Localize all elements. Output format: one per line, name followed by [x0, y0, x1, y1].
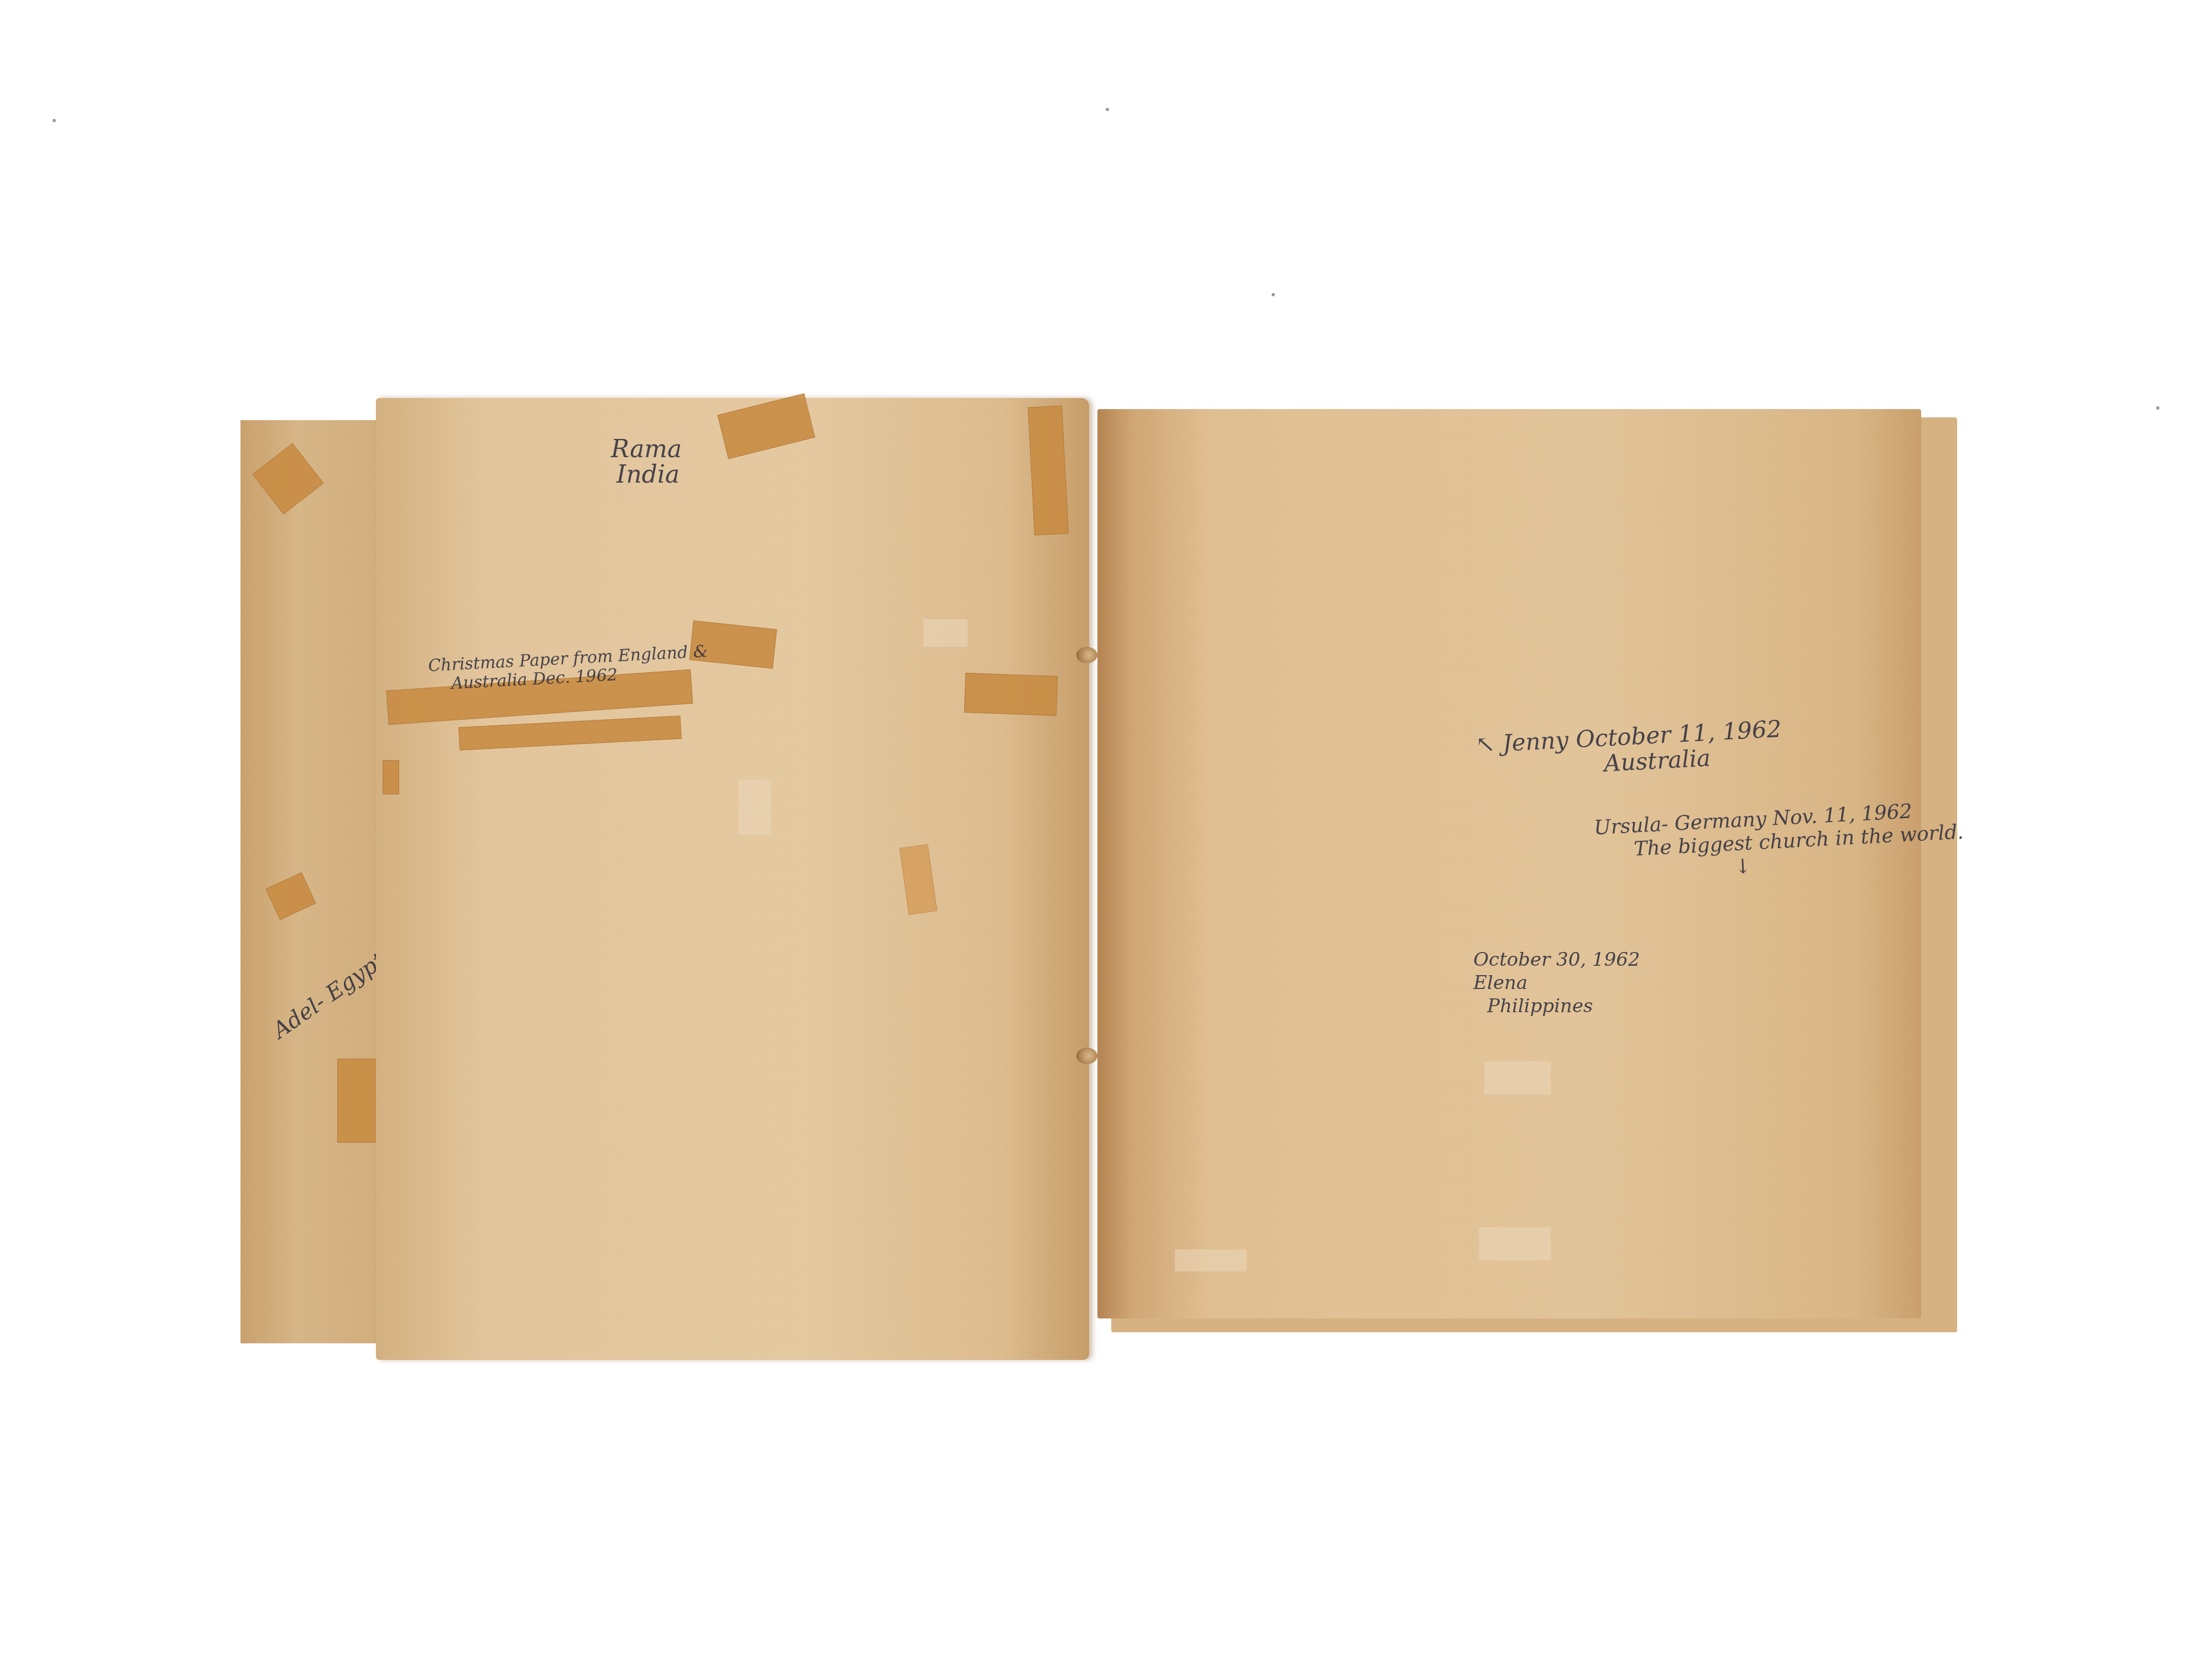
- tape-strip: [964, 673, 1058, 716]
- note-line: October 30, 1962: [1473, 948, 1640, 971]
- binding-hole: [1076, 1048, 1097, 1064]
- note-line: Elena: [1473, 971, 1640, 995]
- tape-residue: [1175, 1249, 1247, 1271]
- tape-strip: [1028, 406, 1069, 536]
- tape-strip: [717, 394, 815, 459]
- note-line: India: [611, 462, 682, 488]
- tape-residue: [923, 619, 968, 647]
- tape-strip: [265, 872, 316, 920]
- handwritten-note-elena: October 30, 1962 Elena Philippines: [1473, 948, 1640, 1018]
- tape-strip: [252, 443, 323, 514]
- note-line: Philippines: [1473, 995, 1640, 1018]
- tape-residue: [900, 844, 937, 915]
- tape-residue: [1479, 1227, 1551, 1260]
- tape-residue: [738, 779, 771, 835]
- tape-strip: [337, 1059, 377, 1143]
- handwritten-note-rama: Rama India: [611, 437, 682, 488]
- tape-strip: [458, 716, 682, 751]
- tape-residue: [1484, 1061, 1551, 1095]
- left-page: Rama India Christmas Paper from England …: [376, 398, 1089, 1360]
- arrow-up-left-icon: ↖: [1475, 730, 1496, 758]
- binding-hole: [1076, 647, 1097, 663]
- tape-strip: [383, 760, 399, 794]
- scrapbook: Adel- Egypt Dec Rama India Christmas Pap…: [0, 0, 2212, 1659]
- left-stub-pages: Adel- Egypt Dec: [240, 420, 386, 1343]
- note-line: Rama: [611, 437, 682, 462]
